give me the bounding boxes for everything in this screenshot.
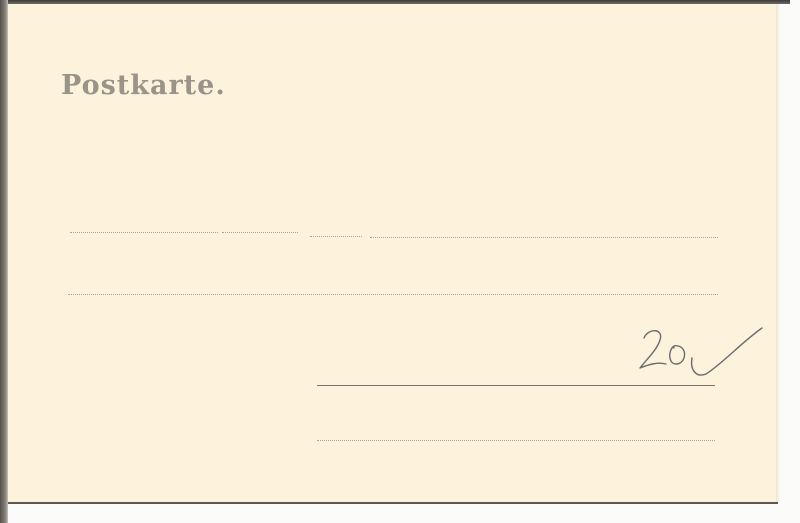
card-right-edge <box>776 4 780 502</box>
address-line-1-seg-a <box>70 232 218 233</box>
address-line-1-seg-c <box>310 236 362 237</box>
card-left-edge-shadow <box>0 0 8 523</box>
card-bottom-edge <box>8 502 778 504</box>
address-line-4 <box>317 440 715 441</box>
address-line-1-seg-d <box>370 237 718 238</box>
address-line-2 <box>68 294 718 295</box>
address-line-1-seg-b <box>222 232 298 233</box>
pencil-note-20-checkmark <box>630 320 770 390</box>
postcard-title: Postkarte. <box>61 70 226 101</box>
